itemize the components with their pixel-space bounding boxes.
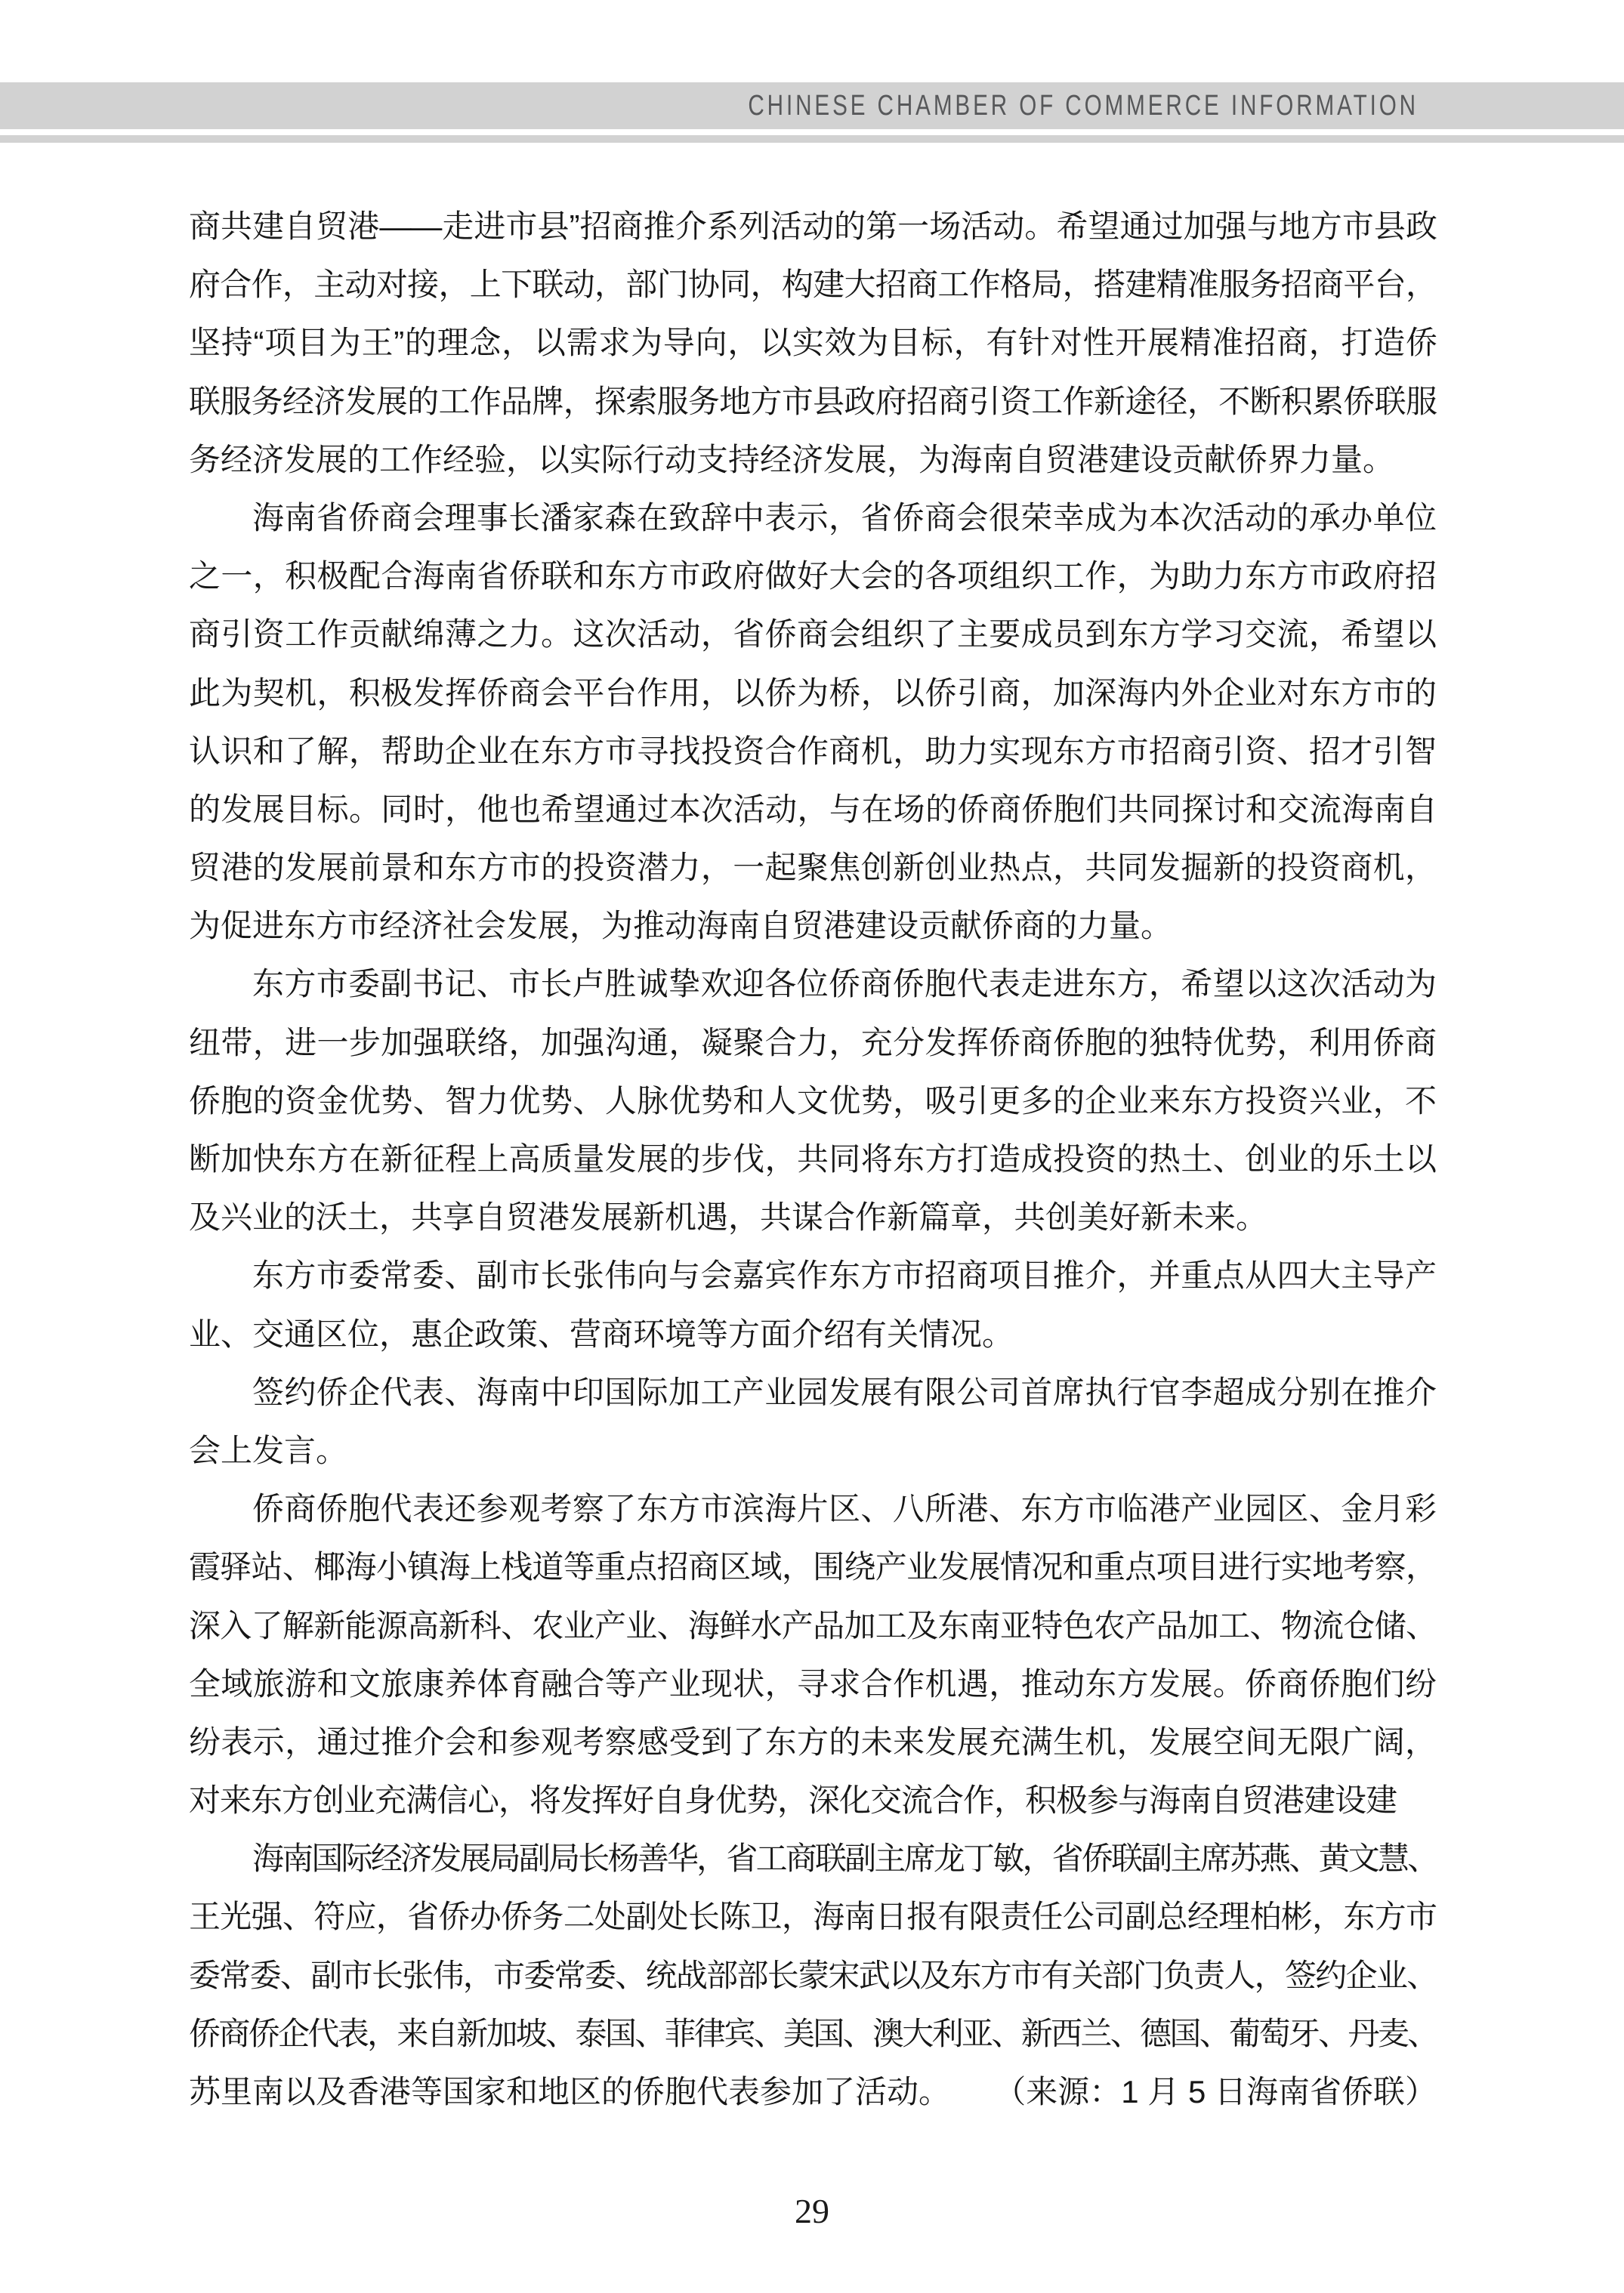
- body-line: 的发展目标。同时，他也希望通过本次活动，与在场的侨商侨胞们共同探讨和交流海南自: [189, 780, 1437, 838]
- header-band: CHINESE CHAMBER OF COMMERCE INFORMATION: [0, 82, 1624, 129]
- body-line: 东方市委副书记、市长卢胜诚挚欢迎各位侨商侨胞代表走进东方，希望以这次活动为: [189, 955, 1437, 1013]
- body-line: 侨商侨胞代表还参观考察了东方市滨海片区、八所港、东方市临港产业园区、金月彩: [189, 1480, 1437, 1538]
- body-line: 对来东方创业充满信心，将发挥好自身优势，深化交流合作，积极参与海南自贸港建设建设…: [189, 1771, 1437, 1829]
- body-line: 及兴业的沃土，共享自贸港发展新机遇，共谋合作新篇章，共创美好新未来。: [189, 1188, 1437, 1246]
- body-line: 东方市委常委、副市长张伟向与会嘉宾作东方市招商项目推介，并重点从四大主导产: [189, 1246, 1437, 1304]
- article-body: 商共建自贸港——走进市县”招商推介系列活动的第一场活动。希望通过加强与地方市县政…: [189, 197, 1437, 2121]
- body-line: 断加快东方在新征程上高质量发展的步伐，共同将东方打造成投资的热土、创业的乐土以: [189, 1130, 1437, 1188]
- body-line: 全域旅游和文旅康养体育融合等产业现状，寻求合作机遇，推动东方发展。侨商侨胞们纷: [189, 1655, 1437, 1713]
- body-line: 侨胞的资金优势、智力优势、人脉优势和人文优势，吸引更多的企业来东方投资兴业，不: [189, 1072, 1437, 1130]
- body-line: 王光强、符应，省侨办侨务二处副处长陈卫，海南日报有限责任公司副总经理柏彬，东方市: [189, 1887, 1437, 1946]
- body-line: 贸港的发展前景和东方市的投资潜力，一起聚焦创新创业热点，共同发掘新的投资商机，: [189, 838, 1437, 897]
- page-number: 29: [0, 2189, 1624, 2234]
- body-line: 签约侨企代表、海南中印国际加工产业园发展有限公司首席执行官李超成分别在推介: [189, 1363, 1437, 1421]
- body-line: 联服务经济发展的工作品牌，探索服务地方市县政府招商引资工作新途径，不断积累侨联服: [189, 372, 1437, 431]
- body-line: 商共建自贸港——走进市县”招商推介系列活动的第一场活动。希望通过加强与地方市县政: [189, 197, 1437, 255]
- header-title: CHINESE CHAMBER OF COMMERCE INFORMATION: [748, 82, 1419, 129]
- closing-sentence: 苏里南以及香港等国家和地区的侨胞代表参加了活动。: [189, 2063, 950, 2121]
- header-band-thin: [0, 135, 1624, 143]
- body-line: 商引资工作贡献绵薄之力。这次活动，省侨商会组织了主要成员到东方学习交流，希望以: [189, 605, 1437, 663]
- body-line: 深入了解新能源高新科、农业产业、海鲜水产品加工及东南亚特色农产品加工、物流仓储、: [189, 1597, 1437, 1655]
- body-line: 之一，积极配合海南省侨联和东方市政府做好大会的各项组织工作，为助力东方市政府招: [189, 547, 1437, 605]
- body-line: 纽带，进一步加强联络，加强沟通，凝聚合力，充分发挥侨商侨胞的独特优势，利用侨商: [189, 1014, 1437, 1072]
- source-attribution: （来源：1 月 5 日海南省侨联）: [994, 2063, 1437, 2121]
- body-line: 委常委、副市长张伟，市委常委、统战部部长蒙宋武以及东方市有关部门负责人，签约企业…: [189, 1946, 1437, 2004]
- body-line: 此为契机，积极发挥侨商会平台作用，以侨为桥，以侨引商，加深海内外企业对东方市的: [189, 664, 1437, 722]
- body-line-last: 苏里南以及香港等国家和地区的侨胞代表参加了活动。 （来源：1 月 5 日海南省侨…: [189, 2063, 1437, 2121]
- body-line: 会上发言。: [189, 1421, 1437, 1480]
- body-line: 坚持“项目为王”的理念，以需求为导向，以实效为目标，有针对性开展精准招商，打造侨: [189, 313, 1437, 372]
- body-line: 海南省侨商会理事长潘家森在致辞中表示，省侨商会很荣幸成为本次活动的承办单位: [189, 489, 1437, 547]
- body-line: 霞驿站、椰海小镇海上栈道等重点招商区域，围绕产业发展情况和重点项目进行实地考察，: [189, 1538, 1437, 1596]
- body-line: 侨商侨企代表，来自新加坡、泰国、菲律宾、美国、澳大利亚、新西兰、德国、葡萄牙、丹…: [189, 2004, 1437, 2063]
- body-line: 认识和了解，帮助企业在东方市寻找投资合作商机，助力实现东方市招商引资、招才引智: [189, 722, 1437, 780]
- body-line: 纷表示，通过推介会和参观考察感受到了东方的未来发展充满生机，发展空间无限广阔，: [189, 1713, 1437, 1771]
- body-line: 务经济发展的工作经验，以实际行动支持经济发展，为海南自贸港建设贡献侨界力量。: [189, 431, 1437, 489]
- body-line: 为促进东方市经济社会发展，为推动海南自贸港建设贡献侨商的力量。: [189, 897, 1437, 955]
- body-line: 业、交通区位，惠企政策、营商环境等方面介绍有关情况。: [189, 1305, 1437, 1363]
- body-line: 府合作，主动对接，上下联动，部门协同，构建大招商工作格局，搭建精准服务招商平台，: [189, 255, 1437, 313]
- body-line: 海南国际经济发展局副局长杨善华，省工商联副主席龙丁敏，省侨联副主席苏燕、黄文慧、: [189, 1829, 1437, 1887]
- document-page: { "header": { "title": "CHINESE CHAMBER …: [0, 0, 1624, 2293]
